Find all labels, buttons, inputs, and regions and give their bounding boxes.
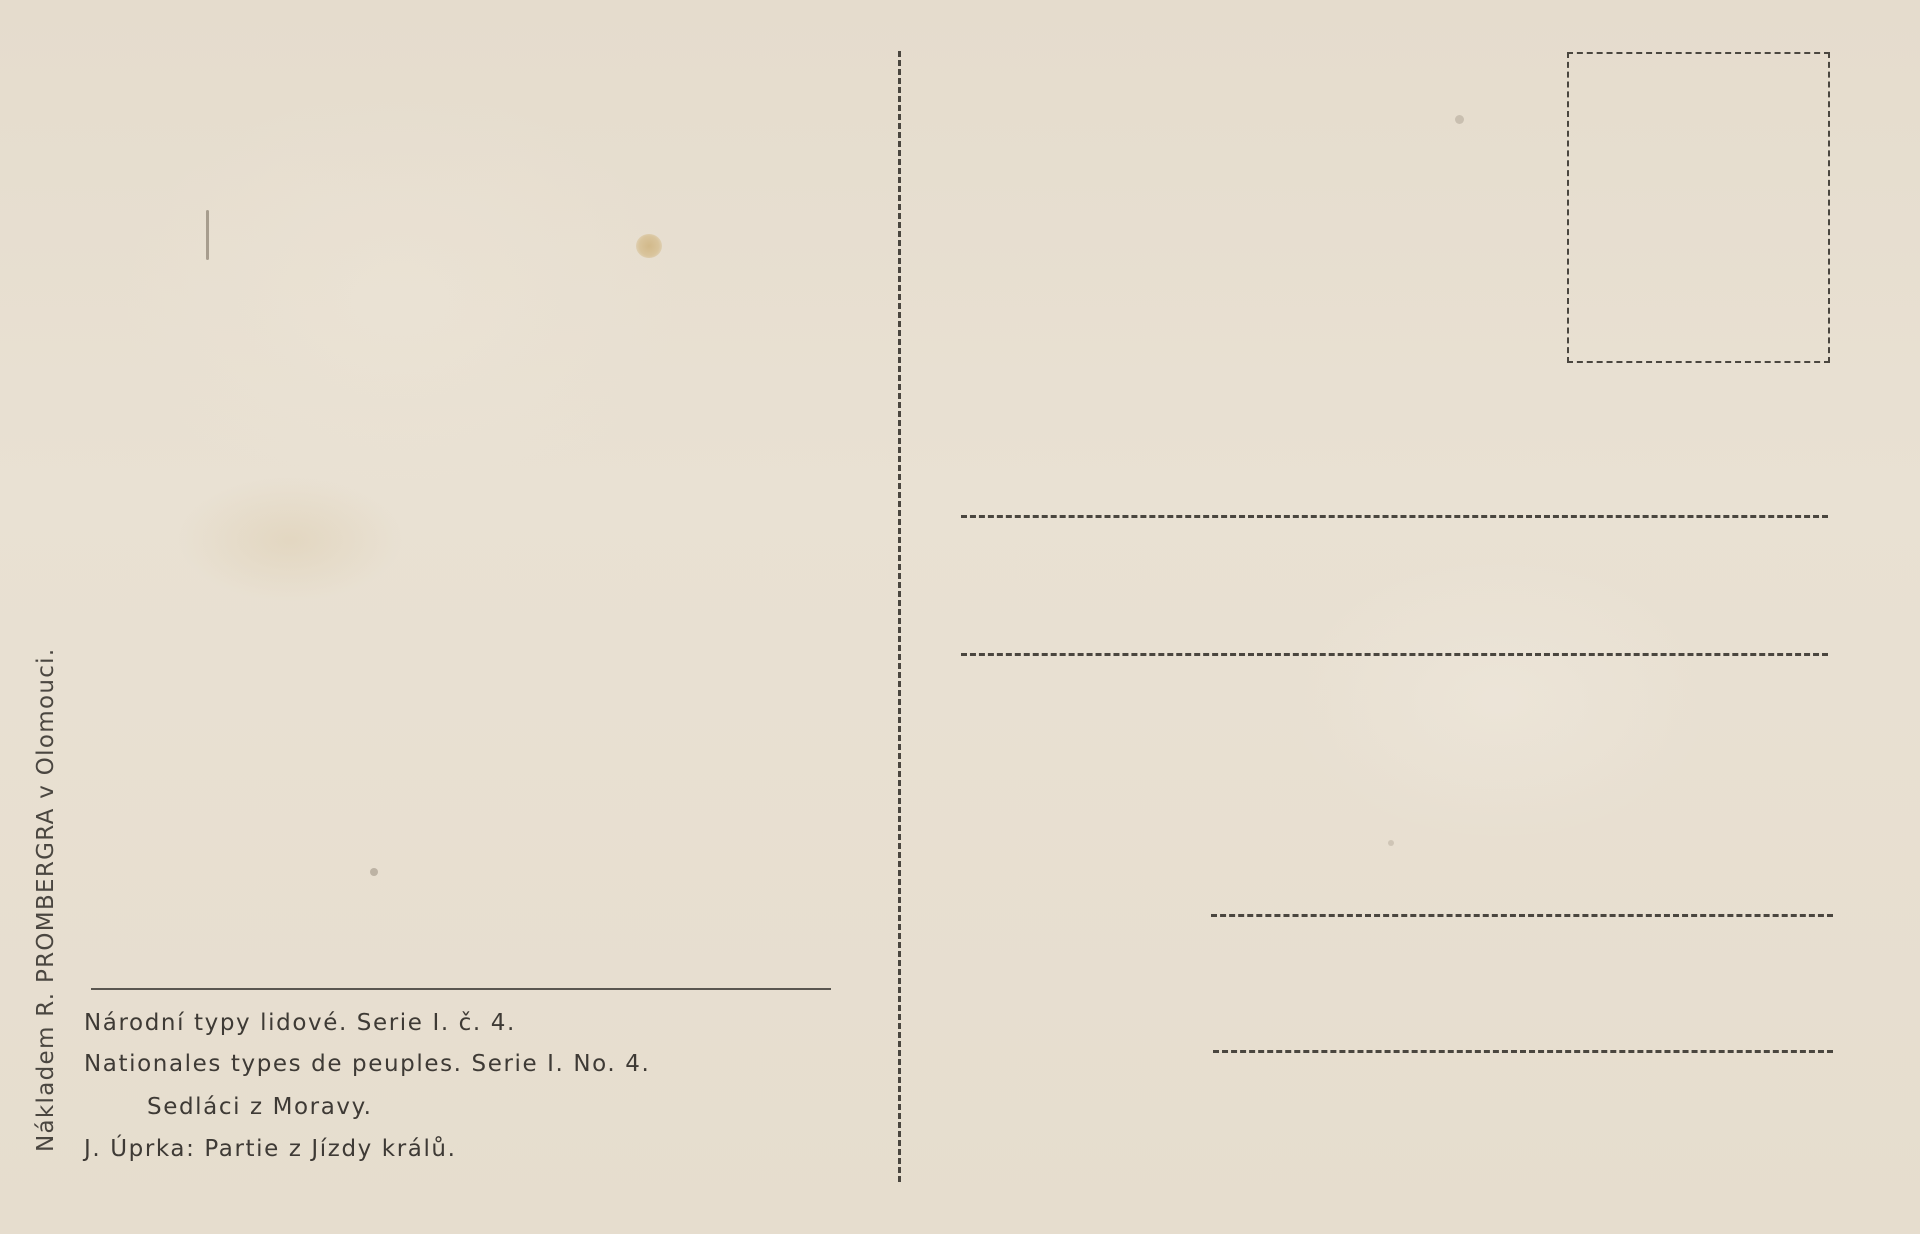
address-line-4 (1213, 1050, 1833, 1053)
paper-stain (636, 234, 662, 258)
caption-title: Sedláci z Moravy. (147, 1093, 373, 1121)
paper-speck (206, 210, 209, 260)
vertical-divider (898, 51, 901, 1182)
paper-speck (1388, 840, 1394, 846)
publisher-imprint: Nákladem R. PROMBERGRA v Olomouci. (32, 538, 60, 1152)
caption-rule (91, 988, 831, 990)
address-line-2 (961, 653, 1828, 656)
caption-czech-series: Národní typy lidové. Serie I. č. 4. (84, 1009, 516, 1037)
address-line-1 (961, 515, 1828, 518)
paper-speck (370, 868, 378, 876)
address-line-3 (1211, 914, 1833, 917)
caption-artist-work: J. Úprka: Partie z Jízdy králů. (84, 1135, 457, 1163)
paper-speck (1455, 115, 1464, 124)
stamp-box (1567, 52, 1830, 363)
caption-french-series: Nationales types de peuples. Serie I. No… (84, 1050, 650, 1078)
postcard-back: Nákladem R. PROMBERGRA v Olomouci. Národ… (0, 0, 1920, 1234)
